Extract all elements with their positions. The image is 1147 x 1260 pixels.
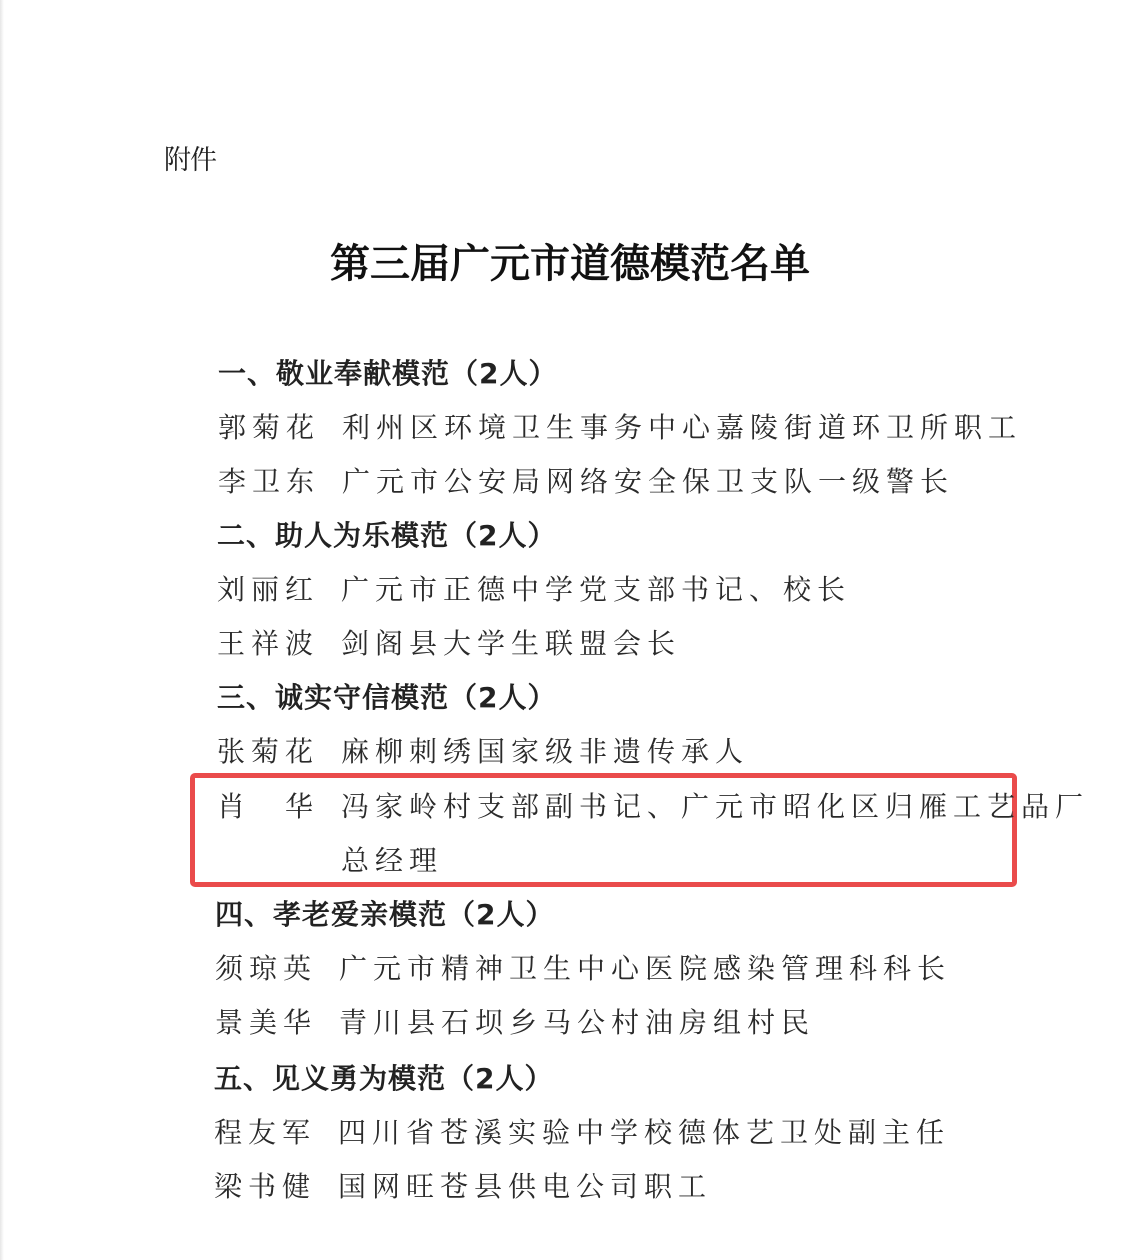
section-heading-2: 二、助人为乐模范（2人） [217, 519, 556, 553]
entry-role: 冯家岭村支部副书记、广元市昭化区归雁工艺品厂 [341, 790, 1089, 824]
section-heading-1: 一、敬业奉献模范（2人） [218, 357, 557, 391]
entry-role: 剑阁县大学生联盟会长 [341, 627, 681, 661]
entry-name: 郭菊花 [218, 411, 320, 445]
entry-name: 王祥波 [217, 627, 319, 661]
entry-role: 青川县石坝乡马公村油房组村民 [339, 1006, 815, 1040]
entry-role: 广元市公安局网络安全保卫支队一级警长 [342, 465, 954, 499]
section-heading-5: 五、见义勇为模范（2人） [214, 1062, 553, 1096]
section-heading-3: 三、诚实守信模范（2人） [217, 681, 556, 715]
entry-role: 利州区环境卫生事务中心嘉陵街道环卫所职工 [342, 411, 1022, 445]
entry-role: 四川省苍溪实验中学校德体艺卫处副主任 [338, 1116, 950, 1150]
entry-name: 李卫东 [218, 465, 320, 499]
entry-role: 国网旺苍县供电公司职工 [338, 1170, 712, 1204]
document-title: 第三届广元市道德模范名单 [330, 232, 810, 289]
entry-name: 张菊花 [217, 735, 319, 769]
entry-role-continuation: 总经理 [341, 844, 443, 878]
entry-role: 广元市精神卫生中心医院感染管理科科长 [339, 952, 951, 986]
entry-role: 麻柳刺绣国家级非遗传承人 [341, 735, 749, 769]
section-heading-4: 四、孝老爱亲模范（2人） [215, 898, 554, 932]
entry-name: 刘丽红 [217, 573, 319, 607]
entry-role: 广元市正德中学党支部书记、校长 [341, 573, 851, 607]
entry-name: 程友军 [214, 1116, 316, 1150]
page-edge [0, 0, 4, 1260]
entry-name: 须琼英 [215, 952, 317, 986]
entry-name: 肖 华 [217, 790, 319, 824]
attachment-label: 附件 [164, 138, 216, 177]
entry-name: 梁书健 [214, 1170, 316, 1204]
entry-name: 景美华 [215, 1006, 317, 1040]
